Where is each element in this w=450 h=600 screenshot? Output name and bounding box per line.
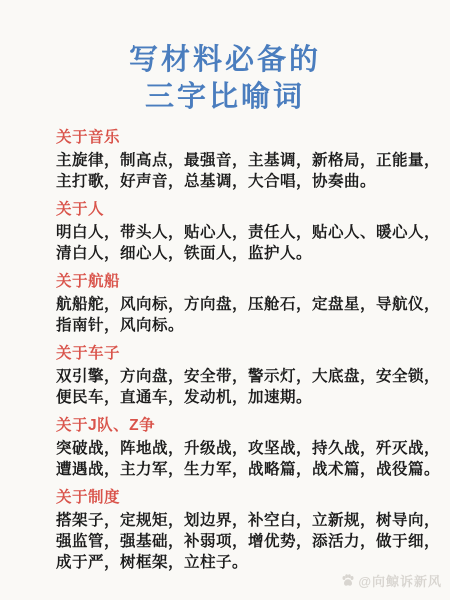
section-title: 关于J队、Z争	[56, 417, 430, 435]
section-ship: 关于航船 航船舵，风向标，方向盘，压舱石，定盘星，导航仪， 指南针，风向标。	[56, 273, 430, 336]
section-text-line: 强监管，强基础，补弱项，增优势，添活力，做于细，	[56, 531, 430, 552]
paw-icon	[341, 574, 355, 587]
section-people: 关于人 明白人，带头人，贴心人，责任人，贴心人、暖心人， 清白人，细心人，铁面人…	[56, 201, 430, 264]
section-text-line: 清白人，细心人，铁面人，监护人。	[56, 243, 430, 264]
section-music: 关于音乐 主旋律，制高点，最强音，主基调，新格局，正能量， 主打歌，好声音，总基…	[56, 129, 430, 192]
watermark: @向鲸诉新风	[341, 571, 442, 590]
section-title: 关于制度	[56, 489, 430, 507]
section-title: 关于车子	[56, 345, 430, 363]
section-text-line: 指南针，风向标。	[56, 315, 430, 336]
section-army-war: 关于J队、Z争 突破战，阵地战，升级战，攻坚战，持久战，歼灭战， 遭遇战，主力军…	[56, 417, 430, 480]
watermark-text: @向鲸诉新风	[358, 571, 442, 590]
section-text-line: 主打歌，好声音，总基调，大合唱，协奏曲。	[56, 171, 430, 192]
section-text-line: 遭遇战，主力军，生力军，战略篇，战术篇，战役篇。	[56, 459, 430, 480]
section-vehicle: 关于车子 双引擎，方向盘，安全带，警示灯，大底盘，安全锁， 便民车，直通车，发动…	[56, 345, 430, 408]
section-text-line: 明白人，带头人，贴心人，责任人，贴心人、暖心人，	[56, 222, 430, 243]
section-text-line: 航船舵，风向标，方向盘，压舱石，定盘星，导航仪，	[56, 294, 430, 315]
page-title: 写材料必备的 三字比喻词	[0, 42, 450, 116]
section-title: 关于人	[56, 201, 430, 219]
section-text-line: 主旋律，制高点，最强音，主基调，新格局，正能量，	[56, 150, 430, 171]
section-text-line: 成于严，树框架，立柱子。	[56, 552, 430, 573]
page-title-line-1: 写材料必备的	[0, 42, 450, 79]
content-area: 关于音乐 主旋律，制高点，最强音，主基调，新格局，正能量， 主打歌，好声音，总基…	[0, 129, 450, 573]
section-text-line: 便民车，直通车，发动机，加速期。	[56, 387, 430, 408]
section-title: 关于航船	[56, 273, 430, 291]
section-title: 关于音乐	[56, 129, 430, 147]
page-title-line-2: 三字比喻词	[0, 79, 450, 116]
section-text-line: 突破战，阵地战，升级战，攻坚战，持久战，歼灭战，	[56, 438, 430, 459]
infographic-page: 写材料必备的 三字比喻词 关于音乐 主旋律，制高点，最强音，主基调，新格局，正能…	[0, 0, 450, 600]
section-system: 关于制度 搭架子，定规矩，划边界，补空白，立新规，树导向， 强监管，强基础，补弱…	[56, 489, 430, 573]
section-text-line: 双引擎，方向盘，安全带，警示灯，大底盘，安全锁，	[56, 366, 430, 387]
section-text-line: 搭架子，定规矩，划边界，补空白，立新规，树导向，	[56, 510, 430, 531]
